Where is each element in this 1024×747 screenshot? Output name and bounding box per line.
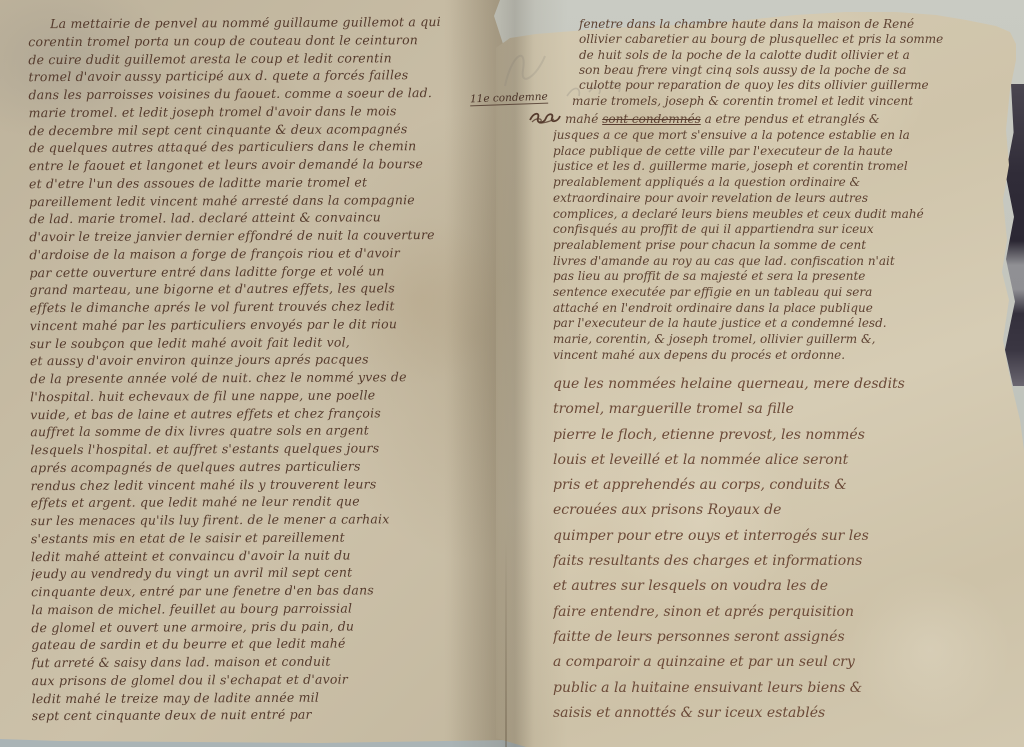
right-page-order-text: que les nommées helaine querneau, mere d… xyxy=(553,372,1013,726)
manuscript-line: de glomel et ouvert une armoire, pris du… xyxy=(31,616,486,636)
manuscript-line: justice et les d. guillerme marie, josep… xyxy=(553,159,1013,175)
manuscript-line: pris et apprehendés au corps, conduits & xyxy=(553,473,1013,498)
manuscript-line: livres d'amande au roy au cas que lad. c… xyxy=(553,254,1013,270)
manuscript-line: s'estants mis en etat de le saisir et pa… xyxy=(31,528,486,548)
manuscript-line: ecrouées aux prisons Royaux de xyxy=(553,498,1013,523)
sentence-before: mahé xyxy=(565,112,602,126)
manuscript-line: prealablement appliqués a la question or… xyxy=(553,175,1013,191)
right-page-body-text: jusques a ce que mort s'ensuive a la pot… xyxy=(553,128,1013,364)
manuscript-line: d'avoir le treize janvier dernier effond… xyxy=(29,226,484,246)
manuscript-line: louis et leveillé et la nommée alice ser… xyxy=(553,448,1013,473)
manuscript-line: sentence executée par effigie en un tabl… xyxy=(553,285,1013,301)
manuscript-line: et aussy d'avoir environ quinze jours ap… xyxy=(30,350,485,370)
margin-note: 11e condemne xyxy=(470,91,548,107)
manuscript-line: prealablement prise pour chacun la somme… xyxy=(553,238,1013,254)
manuscript-line: cinquante deux, entré par une fenetre d'… xyxy=(31,581,486,601)
manuscript-line: marie, corentin, & joseph tromel, ollivi… xyxy=(553,332,1013,348)
manuscript-line: aprés acompagnés de quelques autres part… xyxy=(30,457,485,477)
manuscript-line: sur le soubçon que ledit mahé avoit fait… xyxy=(30,332,485,352)
manuscript-line: l'hospital. huit echevaux de fil une nap… xyxy=(30,386,485,406)
manuscript-line: sur les menaces qu'ils luy firent. de le… xyxy=(31,510,486,530)
manuscript-line: auffret la somme de dix livres quatre so… xyxy=(30,421,485,441)
left-page-text: La mettairie de penvel au nommé guillaum… xyxy=(28,13,487,737)
manuscript-line: de huit sols de la poche de la calotte d… xyxy=(553,48,1011,63)
manuscript-line: la maison de michel. feuillet au bourg p… xyxy=(31,599,486,619)
manuscript-line: faits resultants des charges et informat… xyxy=(553,549,1013,574)
manuscript-line: public a la huitaine ensuivant leurs bie… xyxy=(553,676,1013,701)
manuscript-line: de la presente année volé de nuit. chez … xyxy=(30,368,485,388)
manuscript-line: culotte pour reparation de quoy les dits… xyxy=(553,78,1011,93)
manuscript-line: jusques a ce que mort s'ensuive a la pot… xyxy=(553,128,1013,144)
manuscript-line: jeudy au vendredy du vingt un avril mil … xyxy=(31,563,486,583)
manuscript-line: que les nommées helaine querneau, mere d… xyxy=(553,372,1013,397)
manuscript-line: effets et argent. que ledit mahé ne leur… xyxy=(31,492,486,512)
manuscript-line: aux prisons de glomel dou il s'echapat e… xyxy=(32,670,487,690)
manuscript-line: son beau frere vingt cinq sols aussy de … xyxy=(553,63,1011,78)
manuscript-line: saisis et annottés & sur iceux establés xyxy=(553,701,1013,726)
manuscript-line: sept cent cinquante deux de nuit entré p… xyxy=(32,705,487,725)
manuscript-line: gateau de sardin et du beurre et que led… xyxy=(31,634,486,654)
manuscript-line: extraordinaire pour avoir revelation de … xyxy=(553,191,1013,207)
paraph-flourish-icon xyxy=(528,110,562,126)
condemn-line: marie tromels, joseph & corentin tromel … xyxy=(572,94,1012,108)
right-page-intro-text: fenetre dans la chambre haute dans la ma… xyxy=(553,17,1011,93)
manuscript-line: vincent mahé aux depens du procés et ord… xyxy=(553,348,1013,364)
manuscript-line: pierre le floch, etienne prevost, les no… xyxy=(553,423,1013,448)
manuscript-line: ledit mahé le treize may de ladite année… xyxy=(32,687,487,707)
struck-words: sont condemnés xyxy=(602,112,701,126)
manuscript-line: a comparoir a quinzaine et par un seul c… xyxy=(553,650,1013,675)
manuscript-line: ollivier cabaretier au bourg de plusquel… xyxy=(553,32,1011,47)
manuscript-line: fut arreté & saisy dans lad. maison et c… xyxy=(31,652,486,672)
manuscript-line: par l'executeur de la haute justice et a… xyxy=(553,316,1013,332)
manuscript-line: complices, a declaré leurs biens meubles… xyxy=(553,207,1013,223)
manuscript-line: quimper pour etre ouys et interrogés sur… xyxy=(553,524,1013,549)
manuscript-photo: La mettairie de penvel au nommé guillaum… xyxy=(0,0,1024,747)
manuscript-line: fenetre dans la chambre haute dans la ma… xyxy=(553,17,1011,32)
manuscript-line: entre le faouet et langonet et leurs avo… xyxy=(29,155,484,175)
manuscript-line: La mettairie de penvel au nommé guillaum… xyxy=(28,13,483,33)
fold-crease xyxy=(505,540,507,747)
manuscript-line: faitte de leurs personnes seront assigné… xyxy=(553,625,1013,650)
manuscript-line: dans les parroisses voisines du faouet. … xyxy=(28,84,483,104)
sentence-after: a etre pendus et etranglés & xyxy=(701,112,880,126)
manuscript-line: ledit mahé atteint et convaincu d'avoir … xyxy=(31,545,486,565)
manuscript-line: et autres sur lesquels on voudra les de xyxy=(553,574,1013,599)
manuscript-line: faire entendre, sinon et aprés perquisit… xyxy=(553,600,1013,625)
manuscript-line: attaché en l'endroit ordinaire dans la p… xyxy=(553,301,1013,317)
manuscript-line: pas lieu au proffit de sa majesté et ser… xyxy=(553,269,1013,285)
manuscript-line: lesquels l'hospital. et auffret s'estant… xyxy=(30,439,485,459)
manuscript-line: confisqués au proffit de qui il appartie… xyxy=(553,222,1013,238)
manuscript-line: place publique de cette ville par l'exec… xyxy=(553,144,1013,160)
manuscript-line: corentin tromel porta un coup de couteau… xyxy=(28,31,483,51)
manuscript-line: tromel, marguerille tromel sa fille xyxy=(553,397,1013,422)
manuscript-line: vuide, et bas de laine et autres effets … xyxy=(30,403,485,423)
sentence-line: mahé sont condemnés a etre pendus et etr… xyxy=(528,110,1012,126)
manuscript-line: rendus chez ledit vincent mahé ils y tro… xyxy=(31,474,486,494)
